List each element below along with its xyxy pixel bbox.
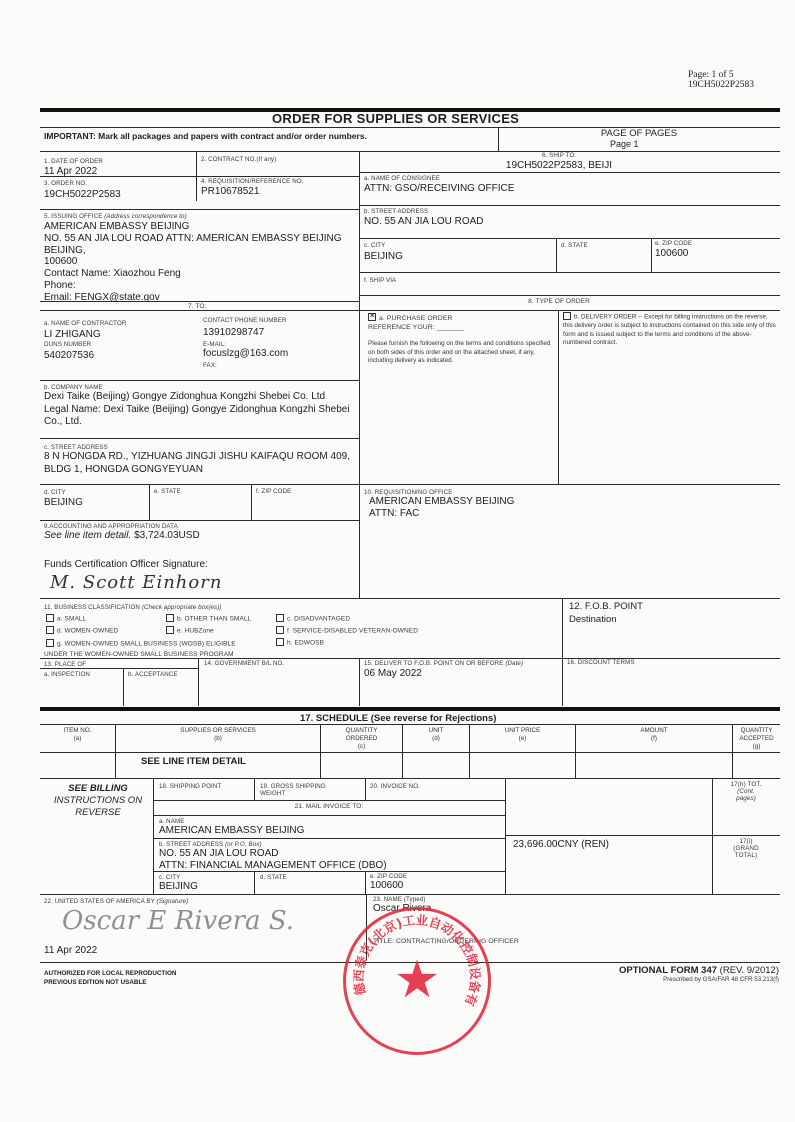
schedule-column-header: ITEM NO.(a)	[40, 724, 115, 752]
contract-no-label: 2. CONTRACT NO.(If any)	[201, 156, 276, 163]
schedule-column-header: QUANTITY ACCEPTED(g)	[732, 724, 780, 752]
class-hubzone[interactable]: e. HUBZone	[166, 627, 214, 635]
footer-right: OPTIONAL FORM 347 (REV. 9/2012) Prescrib…	[619, 965, 779, 983]
billing-instructions: SEE BILLINGINSTRUCTIONS ONREVERSE	[44, 783, 152, 819]
form-title: ORDER FOR SUPPLIES OR SERVICES	[272, 111, 519, 126]
contractor-state-label: e. STATE	[154, 488, 181, 495]
total-cont-pages-label: 17(h) TOT.(Cont.pages)	[712, 781, 780, 803]
delivery-order-checkbox[interactable]	[563, 312, 571, 320]
schedule-cell	[732, 752, 780, 778]
invoice-street: NO. 55 AN JIA LOU ROAD ATTN: FINANCIAL M…	[159, 848, 387, 871]
signature-date: 11 Apr 2022	[44, 945, 97, 957]
purchase-order-terms: Please furnish the following on the term…	[368, 340, 556, 366]
company-seal-stamp: 德西泰克(北京)工业自动化控制设备有限责任公司 ★	[343, 907, 491, 1055]
invoice-no-label: 20. INVOICE NO.	[370, 783, 420, 790]
invoice-city: BEIJING	[159, 881, 198, 893]
ship-street: NO. 55 AN JIA LOU ROAD	[364, 216, 483, 228]
page-of-pages-label: PAGE OF PAGES	[498, 128, 780, 139]
gross-weight-label: 19. GROSS SHIPPING WEIGHT	[260, 783, 340, 797]
order-reference: 19CH5022P2583	[688, 81, 754, 91]
signature-label: 22. UNITED STATES OF AMERICA BY (Signatu…	[44, 898, 188, 905]
edwosb-checkbox[interactable]	[276, 638, 284, 646]
class-small[interactable]: a. SMALL	[46, 615, 86, 623]
deliver-by-date: 06 May 2022	[364, 668, 422, 680]
order-no: 19CH5022P2583	[44, 189, 121, 201]
mail-invoice-label: 21. MAIL INVOICE TO:	[153, 803, 505, 810]
page-of-pages-value: Page 1	[610, 139, 639, 149]
schedule-column-header: QUANTITYORDERED(c)	[320, 724, 402, 752]
schedule-cell	[40, 752, 115, 778]
invoice-zip: 100600	[370, 880, 403, 892]
contractor-zip-label: f. ZIP CODE	[256, 488, 291, 495]
funds-certification-label: Funds Certification Officer Signature:	[44, 559, 208, 571]
other-than-small-checkbox[interactable]	[166, 614, 174, 622]
class-women-owned[interactable]: d. WOMEN-OWNED	[46, 627, 118, 635]
requisitioning-office: AMERICAN EMBASSY BEIJING ATTN: FAC	[369, 496, 514, 520]
service-disabled-checkbox[interactable]	[276, 626, 284, 634]
ship-to: 19CH5022P2583, BEIJI	[359, 160, 759, 172]
shipping-point-label: 18. SHIPPING POINT	[159, 783, 221, 790]
issuing-office: AMERICAN EMBASSY BEIJING NO. 55 AN JIA L…	[44, 221, 342, 304]
women-owned-checkbox[interactable]	[46, 626, 54, 634]
funds-officer-signature: M. Scott Einhorn	[50, 572, 222, 593]
business-classification-label: 11. BUSINESS CLASSIFICATION (Check appro…	[44, 604, 222, 611]
purchase-order-option[interactable]: a. PURCHASE ORDER	[368, 314, 452, 323]
delivery-order-option[interactable]: b. DELIVERY ORDER -- Except for billing …	[563, 313, 777, 348]
purchase-order-checkbox[interactable]	[368, 313, 376, 321]
order-no-label: 3. ORDER NO.	[44, 180, 87, 187]
inspection-label: a. INSPECTION	[44, 671, 90, 678]
gov-bl-label: 14. GOVERNMENT B/L NO.	[204, 660, 284, 667]
schedule-title: 17. SCHEDULE (See reverse for Rejections…	[300, 713, 496, 724]
deliver-by-label: 15. DELIVER TO F.O.B. POINT ON OR BEFORE…	[364, 660, 523, 667]
class-wosb[interactable]: g. WOMEN-OWNED SMALL BUSINESS (WOSB) ELI…	[46, 640, 236, 648]
contractor-city-label: d. CITY	[44, 489, 66, 496]
ship-street-label: b. STREET ADDRESS	[364, 208, 428, 215]
fob-point: Destination	[569, 614, 617, 625]
issuing-office-label: 5. ISSUING OFFICE (Address correspondenc…	[44, 213, 187, 220]
date-of-order-label: 1. DATE OF ORDER	[44, 158, 103, 165]
schedule-cell	[469, 752, 575, 778]
small-checkbox[interactable]	[46, 614, 54, 622]
schedule-row: SEE LINE ITEM DETAIL	[40, 752, 780, 778]
hubzone-checkbox[interactable]	[166, 626, 174, 634]
contact-phone: 13910298747	[203, 327, 264, 339]
contractor-name: LI ZHIGANG	[44, 329, 101, 341]
schedule-cell	[402, 752, 469, 778]
consignee: ATTN: GSO/RECEIVING OFFICE	[364, 183, 514, 195]
contractor-city: BEIJING	[44, 497, 83, 509]
fob-point-label: 12. F.O.B. POINT	[569, 601, 643, 612]
ship-city-label: c. CITY	[364, 242, 385, 249]
star-icon: ★	[394, 954, 441, 1006]
contact-phone-label: CONTACT PHONE NUMBER	[203, 317, 287, 324]
fax-label: FAX:	[203, 362, 217, 369]
duns-label: DUNS NUMBER	[44, 341, 91, 348]
important-notice: IMPORTANT: Mark all packages and papers …	[44, 131, 367, 141]
grand-total-label: 17(i)(GRANDTOTAL)	[712, 838, 780, 860]
contractor-email[interactable]: focuslzg@163.com	[203, 348, 288, 360]
contractor-label: a. NAME OF CONTRACTOR	[44, 320, 126, 327]
invoice-state-label: d. STATE	[260, 874, 287, 881]
schedule-rule	[40, 707, 780, 711]
company-name: Dexi Taike (Beijing) Gongye Zidonghua Ko…	[44, 391, 350, 429]
class-service-disabled[interactable]: f. SERVICE-DISABLED VETERAN-OWNED	[276, 627, 418, 635]
ship-zip-label: e. ZIP CODE	[655, 240, 692, 247]
requisition-no: PR10678521	[201, 186, 259, 198]
ship-zip: 100600	[655, 248, 688, 260]
disadvantaged-checkbox[interactable]	[276, 614, 284, 622]
schedule-header: ITEM NO.(a)SUPPLIES OR SERVICES(b)QUANTI…	[40, 724, 780, 752]
class-edwosb[interactable]: h. EDWOSB	[276, 639, 324, 647]
schedule-column-header: UNIT(d)	[402, 724, 469, 752]
grand-total: 23,696.00CNY (REN)	[513, 839, 609, 851]
schedule-column-header: AMOUNT(f)	[575, 724, 732, 752]
contractor-street: 8 N HONGDA RD., YIZHUANG JINGJI JISHU KA…	[44, 451, 350, 476]
ship-city: BEIJING	[364, 251, 403, 263]
ship-state-label: d. STATE	[561, 242, 588, 249]
schedule-cell	[320, 752, 402, 778]
schedule-cell: SEE LINE ITEM DETAIL	[115, 752, 320, 778]
reference-your: REFERENCE YOUR: _______	[368, 324, 464, 332]
duns-number: 540207536	[44, 350, 94, 362]
acceptance-label: b. ACCEPTANCE	[128, 671, 178, 678]
page-header: Page: 1 of 5 19CH5022P2583	[688, 71, 754, 91]
invoice-name: AMERICAN EMBASSY BEIJING	[159, 825, 304, 837]
ship-via-label: f. SHIP VIA	[364, 277, 396, 284]
class-disadvantaged[interactable]: c. DISADVANTAGED	[276, 615, 350, 623]
requisition-no-label: 4. REQUISITION/REFERENCE NO.	[201, 178, 304, 185]
schedule-cell	[575, 752, 732, 778]
consignee-label: a. NAME OF CONSIGNEE	[364, 175, 440, 182]
discount-terms-label: 16. DISCOUNT TERMS	[567, 659, 635, 666]
class-other-than-small[interactable]: b. OTHER THAN SMALL	[166, 615, 251, 623]
footer-left: AUTHORIZED FOR LOCAL REPRODUCTION PREVIO…	[44, 969, 176, 987]
wosb-checkbox[interactable]	[46, 639, 54, 647]
accounting-data: See line item detail. $3,724.03USD	[44, 530, 200, 542]
schedule-column-header: SUPPLIES OR SERVICES(b)	[115, 724, 320, 752]
type-of-order-label: 8. TYPE OF ORDER	[359, 298, 759, 305]
ship-to-label: 6. SHIP TO:	[359, 152, 759, 159]
schedule-column-header: UNIT PRICE(e)	[469, 724, 575, 752]
us-signature: Oscar E Rivera S.	[62, 906, 294, 936]
